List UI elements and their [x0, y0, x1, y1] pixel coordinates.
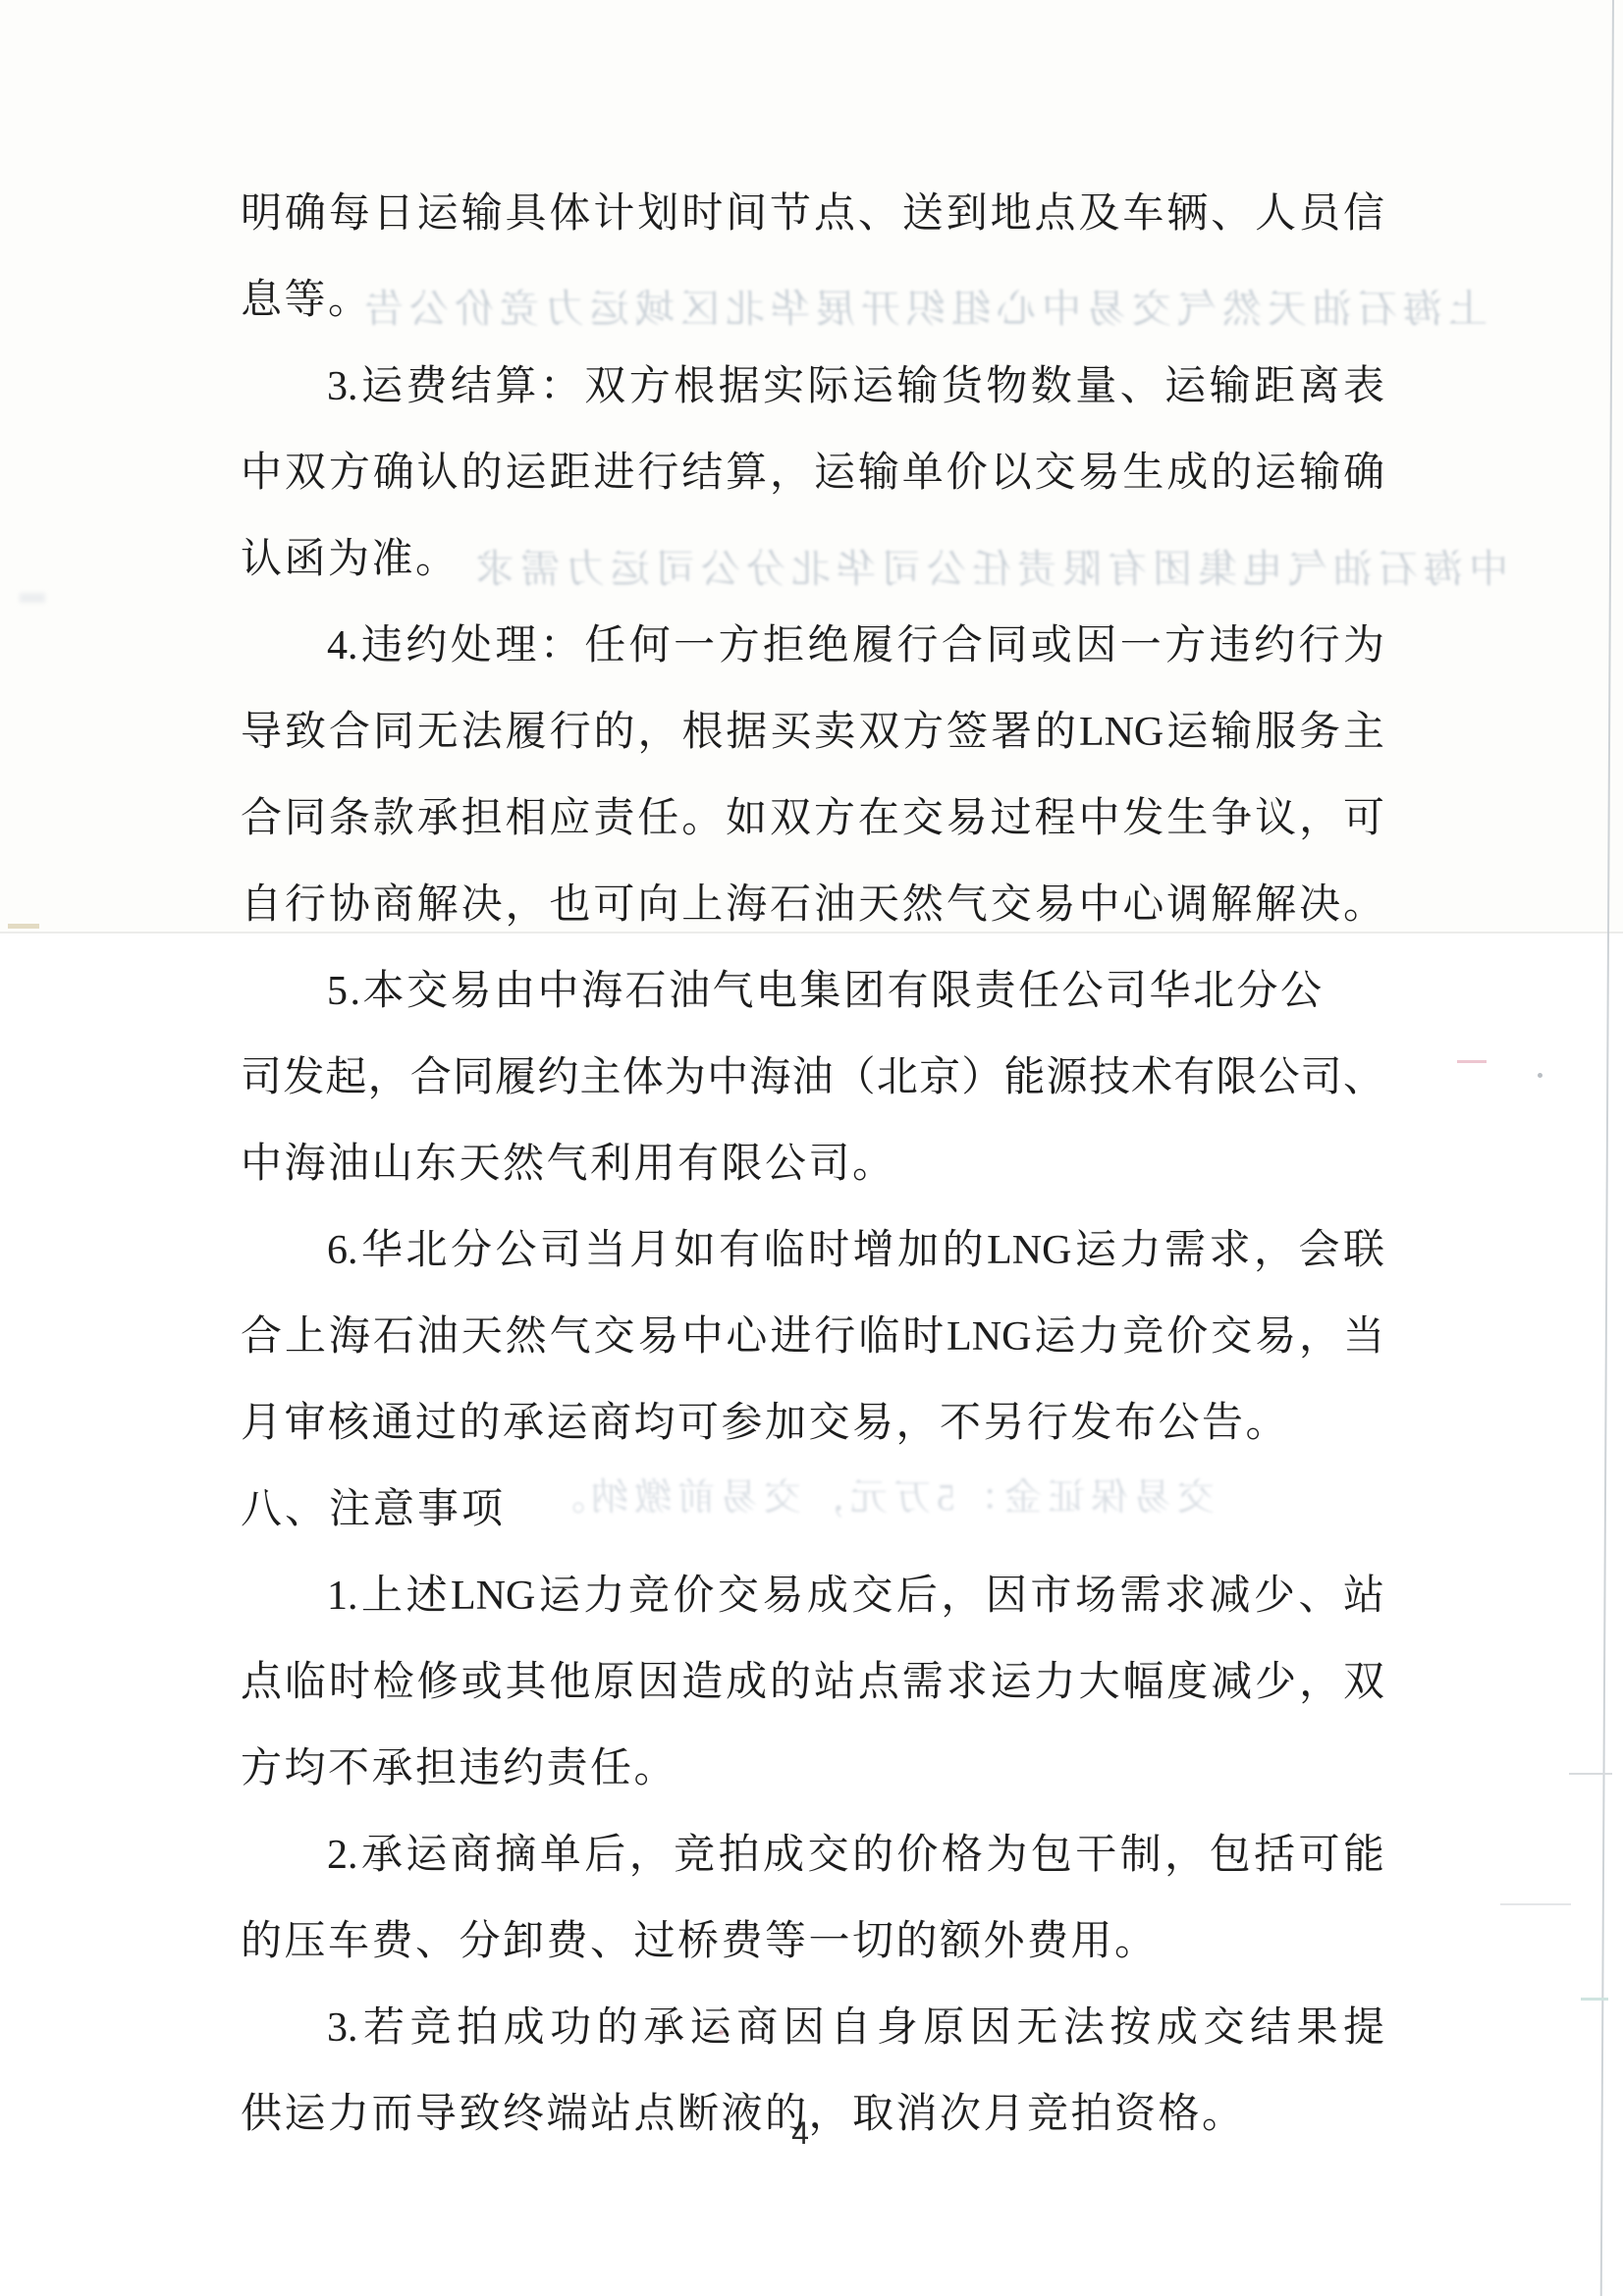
body-line: 3.运费结算：双方根据实际运输货物数量、运输距离表 [241, 360, 1384, 415]
scan-speck [1500, 1903, 1571, 1905]
scan-speck [1538, 1073, 1542, 1078]
body-line: 1.上述LNG运力竞价交易成交后，因市场需求减少、站 [241, 1570, 1384, 1625]
body-line: 2.承运商摘单后，竞拍成交的价格为包干制，包括可能 [241, 1829, 1384, 1884]
body-line: 明确每日运输具体计划时间节点、送到地点及车辆、人员信 [241, 187, 1384, 242]
body-line: 自行协商解决，也可向上海石油天然气交易中心调解解决。 [241, 879, 1384, 934]
scan-speck [1457, 1060, 1487, 1063]
scan-speck [20, 593, 45, 603]
scan-speck [1581, 1998, 1608, 2001]
scan-speck [1569, 1773, 1612, 1775]
body-line: 4.违约处理：任何一方拒绝履行合同或因一方违约行为 [241, 619, 1384, 674]
body-line: 6.华北分公司当月如有临时增加的LNG运力需求，会联 [241, 1224, 1384, 1279]
body-line: 合上海石油天然气交易中心进行临时LNG运力竞价交易，当 [241, 1310, 1384, 1365]
body-line: 3.若竞拍成功的承运商因自身原因无法按成交结果提 [241, 2002, 1384, 2056]
body-line: 中双方确认的运距进行结算，运输单价以交易生成的运输确 [241, 447, 1384, 502]
body-line: 5.本交易由中海石油气电集团有限责任公司华北分公 [241, 965, 1384, 1020]
body-line: 中海油山东天然气利用有限公司。 [241, 1138, 1384, 1193]
scan-speck [8, 924, 39, 929]
section-heading: 八、注意事项 [241, 1483, 1384, 1538]
scan-speck [719, 2030, 724, 2035]
body-line: 息等。 [241, 274, 1384, 329]
body-line: 方均不承担违约责任。 [241, 1742, 1384, 1797]
body-line: 导致合同无法履行的，根据买卖双方签署的LNG运输服务主 [241, 706, 1384, 761]
body-line: 月审核通过的承运商均可参加交易，不另行发布公告。 [241, 1397, 1384, 1452]
body-line: 合同条款承担相应责任。如双方在交易过程中发生争议，可 [241, 792, 1384, 847]
body-line: 司发起，合同履约主体为中海油（北京）能源技术有限公司、 [241, 1051, 1384, 1106]
page-number: 4 [245, 2115, 1355, 2152]
body-line: 的压车费、分卸费、过桥费等一切的额外费用。 [241, 1915, 1384, 1970]
scanned-document-page: 上海石油天然气交易中心组织开展华北区域运力竞价公告 中海石油气电集团有限责任公司… [0, 0, 1623, 2296]
body-line: 点临时检修或其他原因造成的站点需求运力大幅度减少，双 [241, 1656, 1384, 1711]
body-line: 认函为准。 [241, 533, 1384, 588]
